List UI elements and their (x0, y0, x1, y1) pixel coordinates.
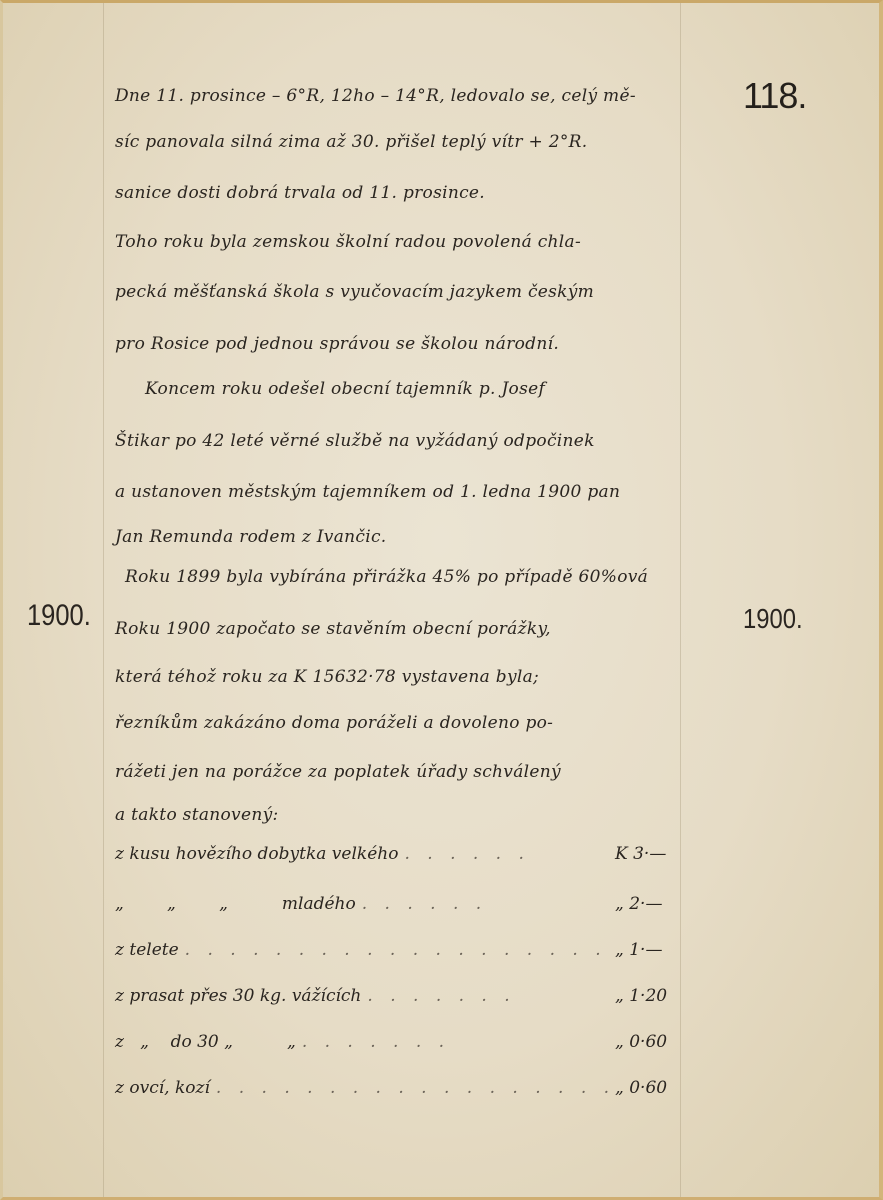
fee-value: 0·60 (629, 1078, 667, 1098)
text-line: a takto stanovený: (115, 801, 279, 829)
fee-amount: „ 1·20 (615, 981, 675, 1011)
fee-currency: „ (615, 1078, 624, 1098)
page-number: 118. (743, 75, 806, 117)
text-line: Toho roku byla zemskou školní radou povo… (115, 228, 581, 256)
text-line: a ustanoven městským tajemníkem od 1. le… (115, 478, 620, 506)
fee-value: 1·20 (629, 986, 667, 1006)
fee-row: z kusu hovězího dobytka velkého . . . . … (115, 839, 675, 869)
fee-currency: „ (615, 894, 624, 914)
text-line: sanice dosti dobrá trvala od 11. prosinc… (115, 179, 485, 207)
fee-label: „ „ „ mladého (115, 889, 356, 919)
leader-dots: . . . . . . . . . . . . . . . . . . . (185, 935, 609, 965)
year-margin-note-right: 1900. (743, 603, 803, 635)
fee-amount: K 3·— (615, 839, 675, 869)
text-line: Dne 11. prosince – 6°R, 12ho – 14°R, led… (115, 82, 636, 110)
fee-row: „ „ „ mladého . . . . . . „ 2·— (115, 889, 675, 919)
fee-amount: „ 2·— (615, 889, 675, 919)
fee-value: 3·— (633, 844, 666, 864)
fee-currency: „ (615, 986, 624, 1006)
fee-value: 0·60 (629, 1032, 667, 1052)
fee-value: 2·— (629, 894, 662, 914)
text-line: síc panovala silná zima až 30. přišel te… (115, 128, 587, 156)
leader-dots: . . . . . . . (302, 1027, 609, 1057)
text-line: řezníkům zakázáno doma poráželi a dovole… (115, 709, 553, 737)
fee-amount: „ 0·60 (615, 1027, 675, 1057)
left-margin-rule (103, 3, 104, 1197)
leader-dots: . . . . . . (404, 839, 609, 869)
fee-label: z kusu hovězího dobytka velkého (115, 839, 398, 869)
fee-amount: „ 1·— (615, 935, 675, 965)
fee-amount: „ 0·60 (615, 1073, 675, 1103)
fee-currency: „ (615, 940, 624, 960)
text-line: pro Rosice pod jednou správou se školou … (115, 330, 559, 358)
fee-row: z prasat přes 30 kg. vážících . . . . . … (115, 981, 675, 1011)
right-margin-rule (680, 3, 681, 1197)
fee-row: z telete . . . . . . . . . . . . . . . .… (115, 935, 675, 965)
fee-label: z prasat přes 30 kg. vážících (115, 981, 361, 1011)
fee-value: 1·— (629, 940, 662, 960)
text-line: Roku 1899 byla vybírána přirážka 45% po … (125, 563, 648, 591)
text-line: která téhož roku za K 15632·78 vystavena… (115, 663, 539, 691)
fee-currency: „ (615, 1032, 624, 1052)
leader-dots: . . . . . . . . . . . . . . . . . . (216, 1073, 609, 1103)
text-line: rážeti jen na porážce za poplatek úřady … (115, 758, 561, 786)
ledger-page: 118. 1900. 1900. Dne 11. prosince – 6°R,… (0, 0, 883, 1200)
fee-row: z „ do 30 „ „ . . . . . . . „ 0·60 (115, 1027, 675, 1057)
leader-dots: . . . . . . . (367, 981, 609, 1011)
year-margin-note-left: 1900. (27, 599, 91, 633)
fee-label: z ovcí, kozí (115, 1073, 210, 1103)
fee-row: z ovcí, kozí . . . . . . . . . . . . . .… (115, 1073, 675, 1103)
text-line: Štikar po 42 leté věrné službě na vyžáda… (115, 427, 595, 455)
text-line: pecká měšťanská škola s vyučovacím jazyk… (115, 278, 594, 306)
fee-label: z telete (115, 935, 179, 965)
fee-currency: K (615, 844, 628, 864)
leader-dots: . . . . . . (362, 889, 609, 919)
text-line: Koncem roku odešel obecní tajemník p. Jo… (145, 375, 545, 403)
text-line: Roku 1900 započato se stavěním obecní po… (115, 615, 551, 643)
text-line: Jan Remunda rodem z Ivančic. (115, 523, 386, 551)
fee-label: z „ do 30 „ „ (115, 1027, 296, 1057)
